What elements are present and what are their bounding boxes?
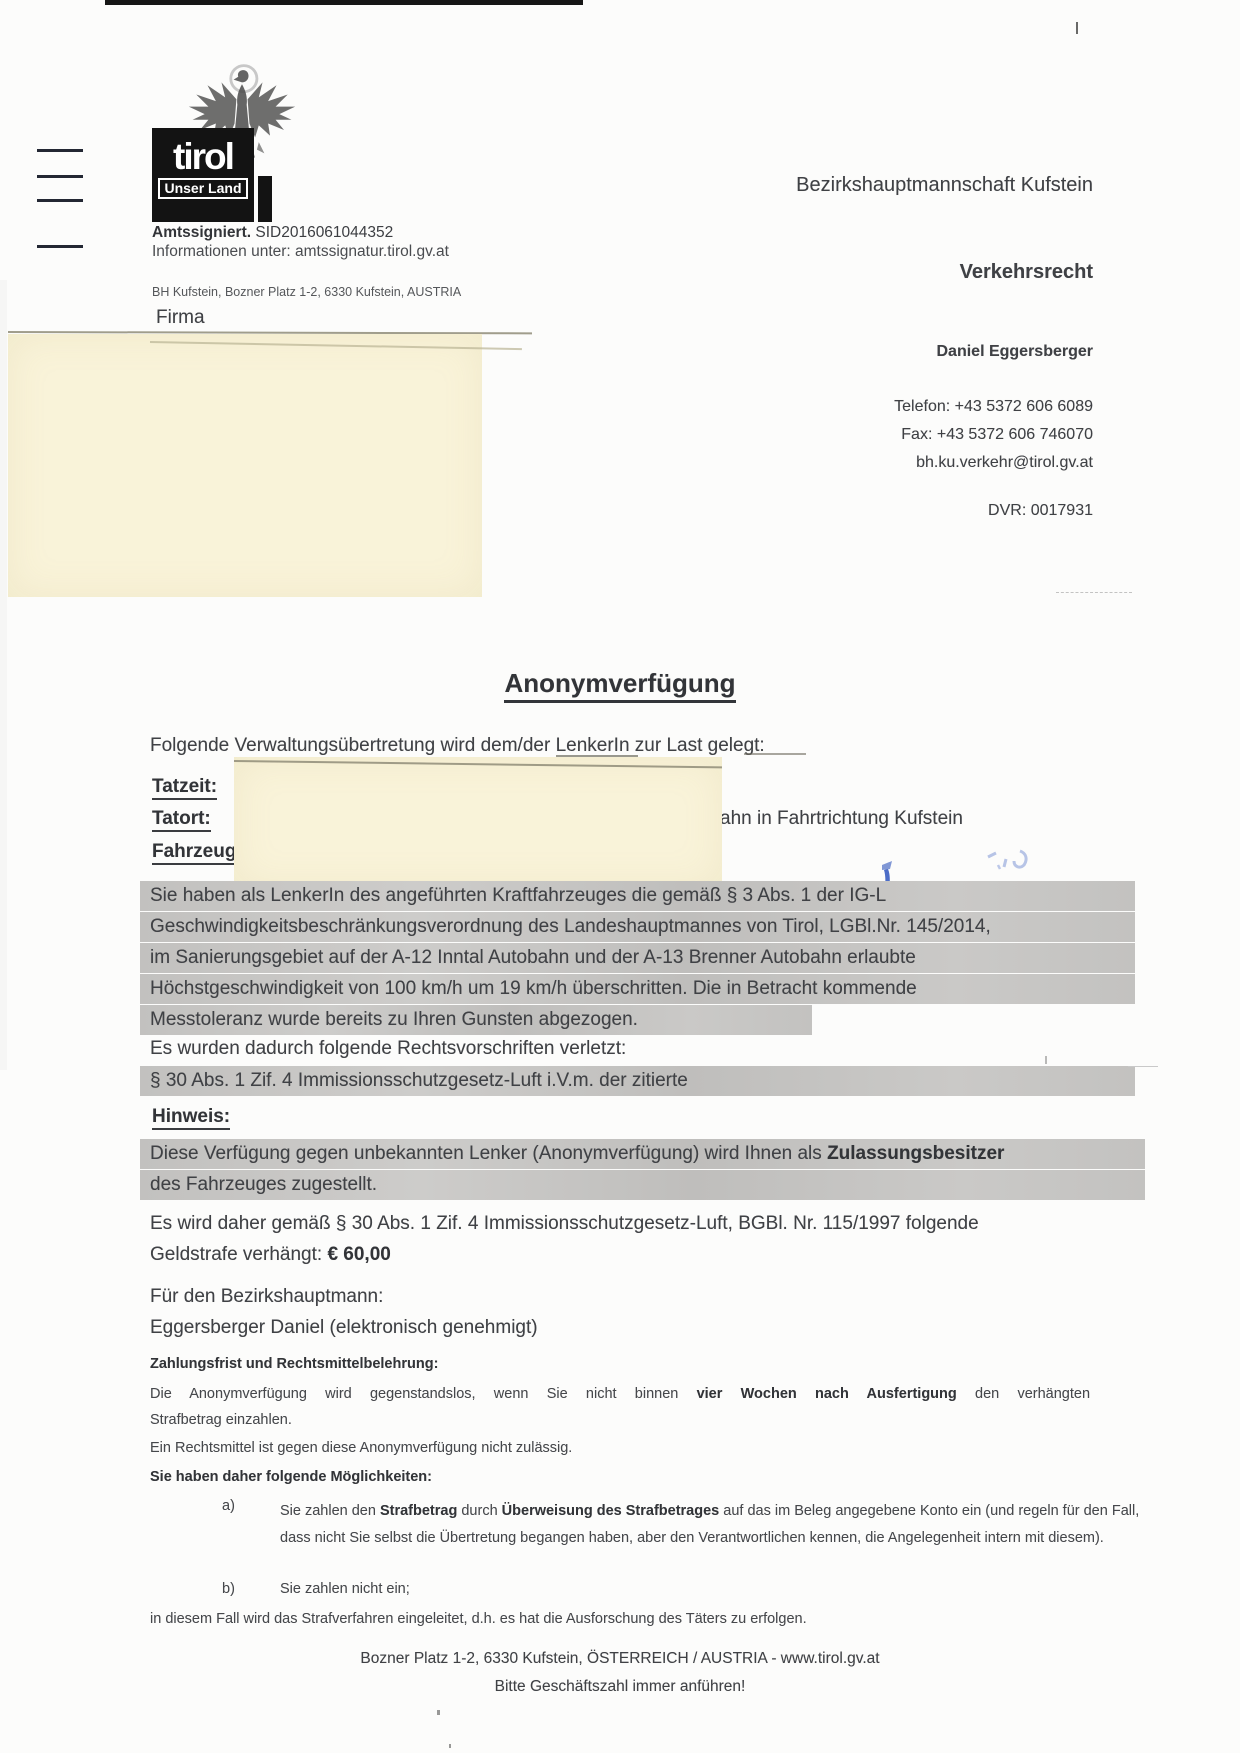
signoff-authority: Für den Bezirkshauptmann: xyxy=(150,1286,383,1308)
offense-line: im Sanierungsgebiet auf der A-12 Inntal … xyxy=(140,943,1135,973)
fax-line: Fax: +43 5372 606 746070 xyxy=(901,426,1093,444)
penalty-label: Geldstrafe verhängt: xyxy=(150,1244,327,1265)
officer-name: Daniel Eggersberger xyxy=(937,343,1094,361)
tirol-logo: tirol Unser Land xyxy=(152,128,254,222)
hinweis-bold-term: Zulassungsbesitzer xyxy=(827,1143,1004,1164)
scan-speck xyxy=(1045,1056,1047,1064)
option-a-bold: Überweisung des Strafbetrages xyxy=(502,1503,720,1519)
legal-p1-bold: vier Wochen nach Ausfertigung xyxy=(697,1386,957,1402)
amtssignatur-line: Amtssigniert. SID2016061044352 xyxy=(152,224,393,242)
hinweis-heading: Hinweis: xyxy=(152,1106,230,1128)
redaction-overlay-address xyxy=(8,334,482,597)
legal-p2: Ein Rechtsmittel ist gegen diese Anonymv… xyxy=(150,1440,572,1456)
dvr-number: DVR: 0017931 xyxy=(988,502,1093,520)
option-b-text: Sie zahlen nicht ein; xyxy=(280,1581,410,1597)
amtssignatur-info: Informationen unter: amtssignatur.tirol.… xyxy=(152,243,449,261)
overlay2-edge-fragment xyxy=(744,753,806,755)
tatort-label: Tatort: xyxy=(152,808,211,830)
fold-mark xyxy=(37,149,83,152)
offense-line: Höchstgeschwindigkeit von 100 km/h um 19… xyxy=(140,974,1135,1004)
scan-speck xyxy=(1128,1066,1158,1067)
hinweis-line-2: des Fahrzeuges zugestellt. xyxy=(140,1170,1145,1200)
legal-p3: Sie haben daher folgende Möglichkeiten: xyxy=(150,1469,432,1485)
violated-norm: § 30 Abs. 1 Zif. 4 Immissionsschutzgeset… xyxy=(140,1066,1135,1096)
legal-p1-line2: Strafbetrag einzahlen. xyxy=(150,1412,292,1428)
tirol-logo-brand: tirol xyxy=(152,138,254,175)
overlay2-edge-fragment xyxy=(556,755,638,757)
fold-mark xyxy=(37,245,83,248)
scan-speck xyxy=(449,1744,451,1748)
phone-line: Telefon: +43 5372 606 6089 xyxy=(894,398,1093,416)
option-a-bold: Strafbetrag xyxy=(380,1503,457,1519)
redaction-overlay-facts xyxy=(234,757,722,888)
legal-closing: in diesem Fall wird das Strafverfahren e… xyxy=(150,1611,807,1627)
penalty-line-2: Geldstrafe verhängt: € 60,00 xyxy=(150,1244,391,1266)
tirol-logo-tab xyxy=(258,176,272,222)
fold-mark xyxy=(37,175,83,178)
intro-sentence: Folgende Verwaltungsübertretung wird dem… xyxy=(150,735,765,757)
offense-line: Sie haben als LenkerIn des angeführten K… xyxy=(140,881,1135,911)
option-a-seg: durch xyxy=(457,1503,501,1519)
option-a-label: a) xyxy=(222,1498,235,1514)
scanned-document-page: tirol Unser Land Amtssigniert. SID201606… xyxy=(0,0,1240,1753)
recipient-label: Firma xyxy=(156,307,205,329)
scan-speck xyxy=(437,1710,440,1715)
hinweis-text: Diese Verfügung gegen unbekannten Lenker… xyxy=(150,1143,827,1164)
legal-p1-seg: den verhängten xyxy=(957,1386,1090,1402)
footer-note: Bitte Geschäftszahl immer anführen! xyxy=(0,1678,1240,1696)
penalty-line-1: Es wird daher gemäß § 30 Abs. 1 Zif. 4 I… xyxy=(150,1213,979,1235)
offense-line: Geschwindigkeitsbeschränkungsverordnung … xyxy=(140,912,1135,942)
option-a-text: Sie zahlen den Strafbetrag durch Überwei… xyxy=(280,1498,1150,1551)
legal-p1-line1: Die Anonymverfügung wird gegenstandslos,… xyxy=(150,1386,1090,1402)
tirol-logo-tagline: Unser Land xyxy=(158,178,247,199)
sender-address-line: BH Kufstein, Bozner Platz 1-2, 6330 Kufs… xyxy=(152,285,461,299)
option-a-seg: Sie zahlen den xyxy=(280,1503,380,1519)
fold-mark xyxy=(37,199,83,202)
offense-line: Messtoleranz wurde bereits zu Ihren Guns… xyxy=(140,1005,812,1035)
amtssigniert-sid: SID2016061044352 xyxy=(251,224,393,241)
violated-intro: Es wurden dadurch folgende Rechtsvorschr… xyxy=(150,1038,626,1060)
scan-tick-top-right xyxy=(1076,22,1078,34)
department-name: Verkehrsrecht xyxy=(960,261,1093,284)
option-b-label: b) xyxy=(222,1581,235,1597)
faint-dashed-line xyxy=(1056,592,1132,593)
authority-name: Bezirkshauptmannschaft Kufstein xyxy=(796,174,1093,197)
email-line: bh.ku.verkehr@tirol.gv.at xyxy=(916,454,1093,472)
fahrzeug-label: Fahrzeug xyxy=(152,841,236,863)
legal-heading: Zahlungsfrist und Rechtsmittelbelehrung: xyxy=(150,1356,438,1372)
penalty-amount: € 60,00 xyxy=(327,1244,390,1265)
tatort-visible-tail: ahn in Fahrtrichtung Kufstein xyxy=(720,808,963,830)
scan-top-bar xyxy=(105,0,583,5)
page-title: Anonymverfügung xyxy=(504,668,735,703)
document-title-row: Anonymverfügung xyxy=(0,668,1240,699)
tatzeit-label: Tatzeit: xyxy=(152,776,217,798)
amtssigniert-label: Amtssigniert. xyxy=(152,224,251,241)
legal-p1-seg: Die Anonymverfügung wird gegenstandslos,… xyxy=(150,1386,697,1402)
hinweis-line-1: Diese Verfügung gegen unbekannten Lenker… xyxy=(140,1139,1145,1169)
signoff-name: Eggersberger Daniel (elektronisch genehm… xyxy=(150,1317,538,1339)
footer-address: Bozner Platz 1-2, 6330 Kufstein, ÖSTERRE… xyxy=(0,1650,1240,1668)
